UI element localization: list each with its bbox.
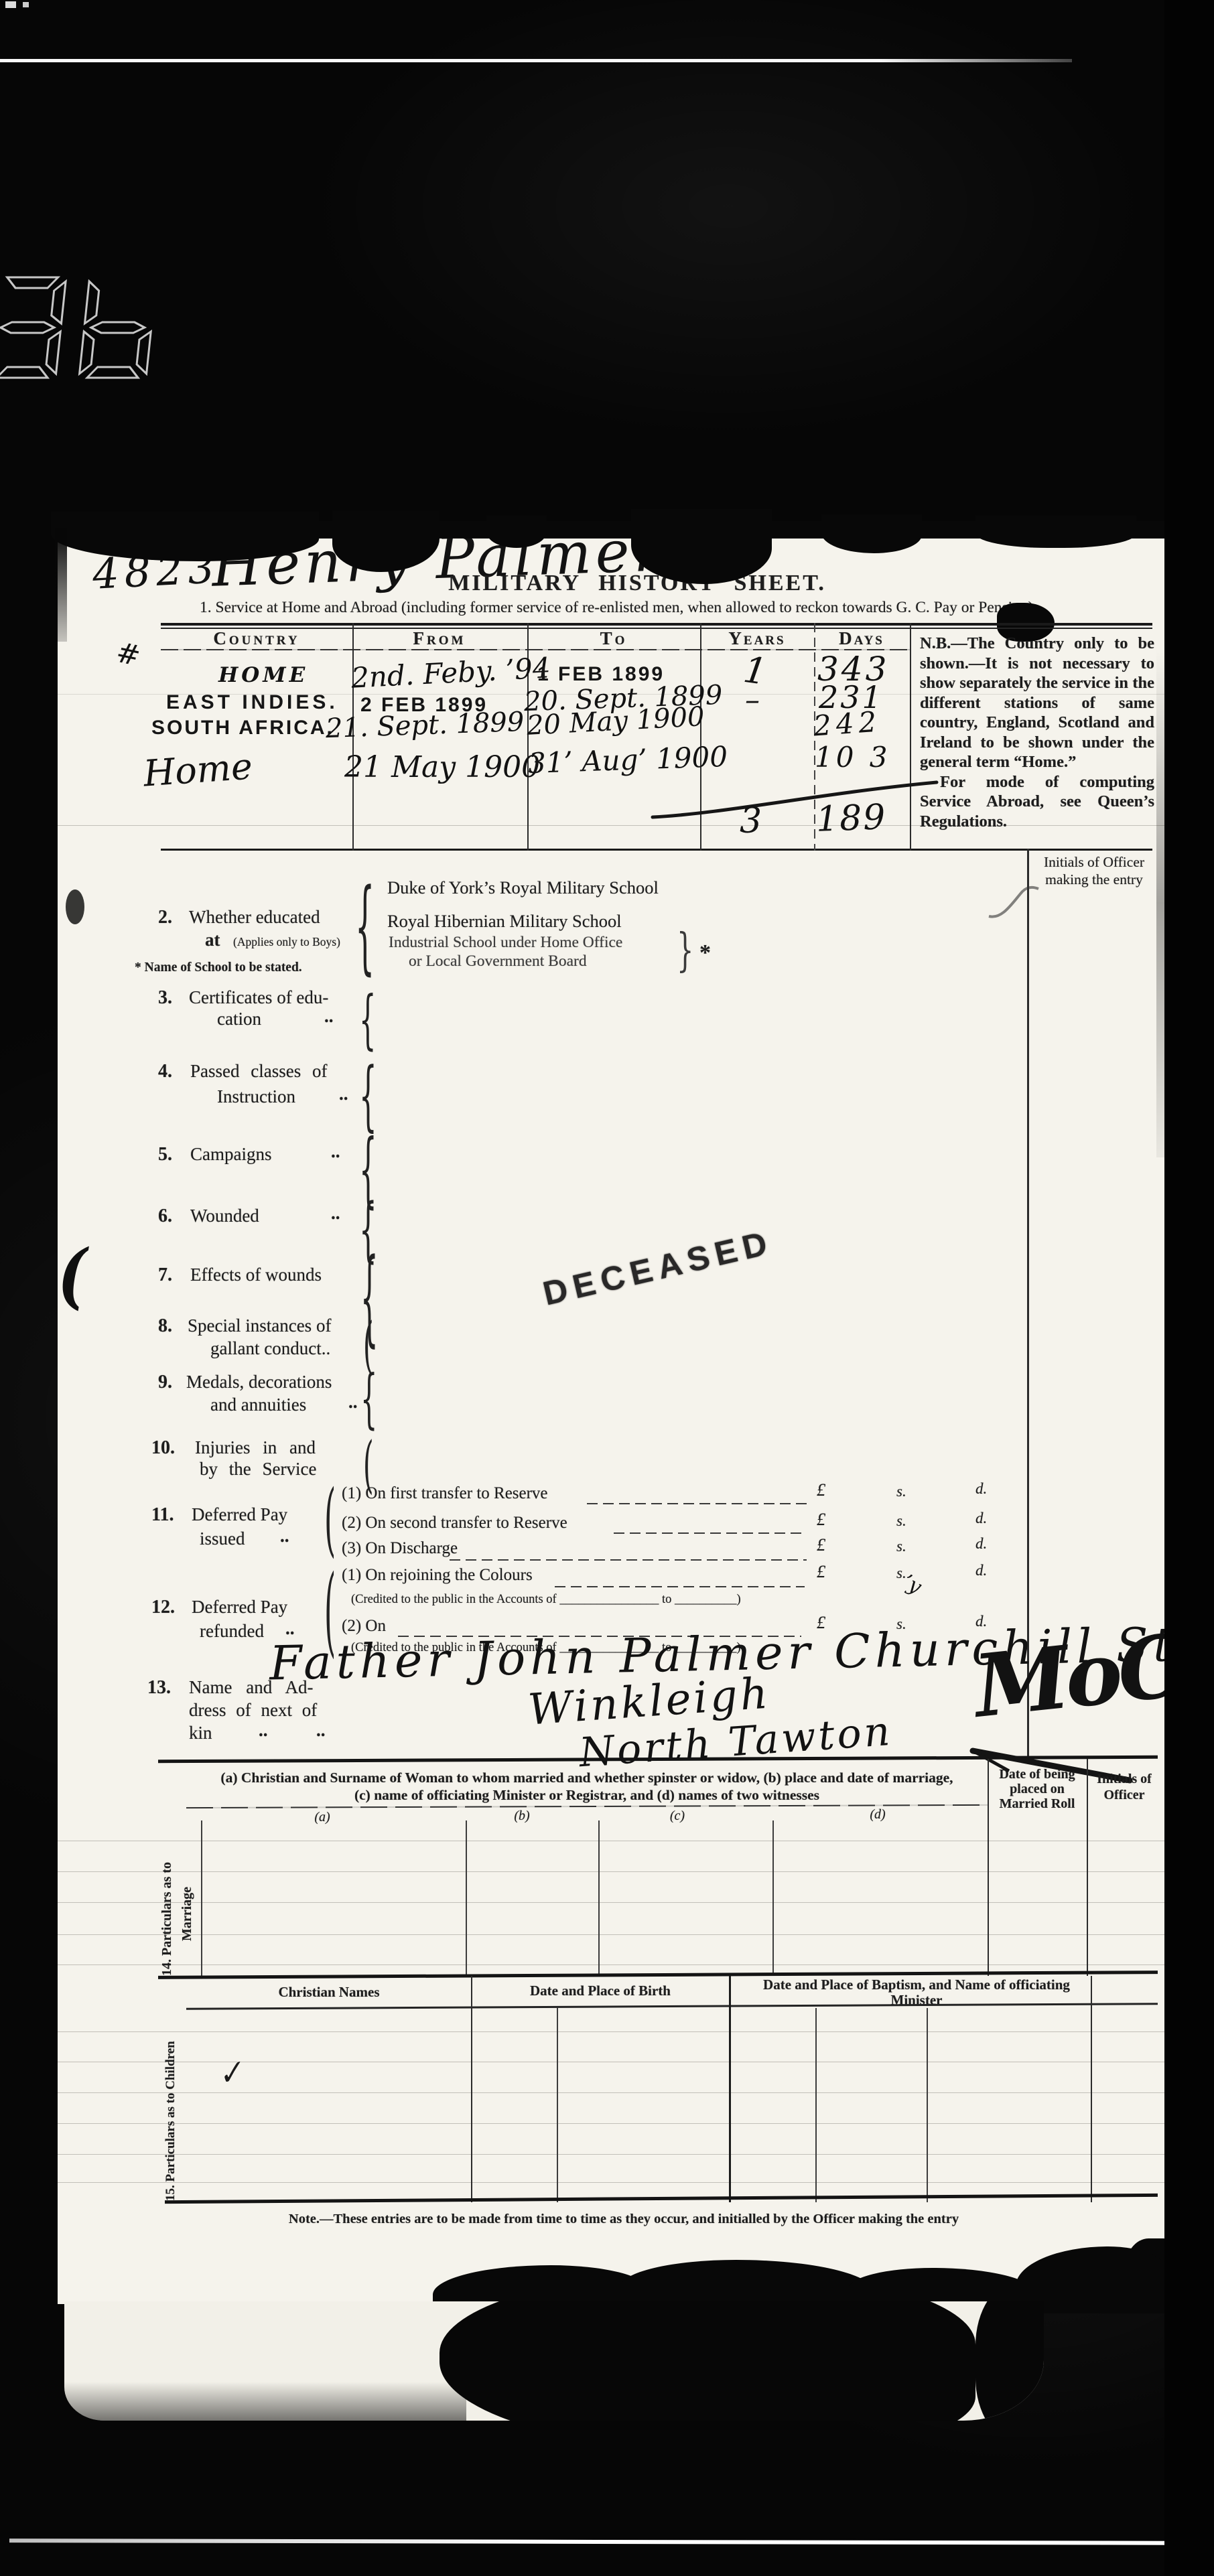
scan-ruling [58,2182,1164,2183]
brace-icon: { [360,1368,377,1432]
pen-checkmark: ✓ [213,2052,247,2094]
document-page: 4823 Henry Palmer MILITARY HISTORY SHEET… [58,528,1164,2304]
asterisk-mark: * [699,940,711,966]
col-header-days: Days [821,628,902,649]
table-border [466,1820,467,1976]
item13-dots: .. [259,1720,268,1741]
edge-blot [486,516,547,548]
children-col1-header: Christian Names [228,1984,429,2001]
film-scratch-line-top [0,59,1072,62]
item11-no: 11. [151,1504,174,1526]
marriage-side-label: 14. Particulars as to [159,1862,175,1976]
table-border [471,1976,472,2202]
marriage-side-label2: Marriage [180,1887,195,1941]
item11-dots: .. [280,1526,289,1547]
close-brace-icon: } [677,928,693,974]
table-border [557,2008,558,2202]
brace-icon: { [355,875,375,977]
film-scratch-line-bottom [9,2538,1214,2545]
scan-ruling [58,1934,1164,1935]
film-frame-counter: 3b [0,269,176,397]
table-row-from: 2nd. Feby. ’94 [350,651,551,695]
item2-no: 2. [158,907,172,928]
credited-note: (Credited to the public in the Accounts … [351,1593,741,1607]
paren-icon: ( [324,1482,336,1561]
table-border [927,2008,928,2202]
col-marker-d: (d) [863,1807,892,1822]
table-row-years: – [745,683,760,717]
item2-school: Royal Hibernian Military School [387,911,622,932]
scan-ruling [58,1902,1164,1903]
marriage-header-line2: (c) name of officiating Minister or Regi… [198,1787,975,1804]
scan-ruling [58,2154,1164,2155]
married-roll-header: Date of being placed on Married Roll [990,1767,1084,1811]
torn-edge-shadow [64,2382,466,2421]
table-border [201,1820,202,1976]
blank-line [614,1532,807,1534]
film-top-tick [23,2,29,7]
page-title: MILITARY HISTORY SHEET. [423,571,852,596]
item6-no: 6. [158,1206,172,1227]
item3-no: 3. [158,987,172,1009]
shillings-symbol: s. [896,1512,906,1530]
pence-symbol: d. [975,1510,987,1527]
item9-dots: .. [348,1392,358,1413]
col-marker-a: (a) [308,1810,337,1825]
pence-symbol: d. [975,1535,987,1553]
item12-label2: refunded [200,1621,264,1642]
col-header-years: Years [717,628,797,649]
item3-line2: cation [217,1009,261,1029]
marriage-initials-header: Initials of Officer [1091,1771,1158,1803]
deceased-stamp: DECEASED [517,1218,799,1319]
col-header-country: Country [190,628,324,649]
brace-icon: { [359,989,376,1053]
total-days: 189 [815,797,887,840]
footer-note: Note.—These entries are to be made from … [279,2212,969,2227]
table-border [161,623,1152,626]
item5-line1: Campaigns [190,1144,272,1165]
item7-line1: Effects of wounds [190,1265,322,1285]
item2-school: Industrial School under Home Office [389,934,622,952]
col-marker-b: (b) [507,1808,537,1824]
table-border [598,1820,600,1976]
scan-ruling [58,2031,1164,2032]
pen-squiggle [982,879,1042,926]
children-col2-header: Date and Place of Birth [500,1983,701,1999]
seven-segment-counter-icon [0,269,176,397]
table-row-country: EAST INDIES. [166,691,338,714]
table-row-country: SOUTH AFRICA. [151,717,334,739]
item12-label1: Deferred Pay [192,1597,287,1618]
section-border [165,2194,1158,2204]
blank-line [555,1586,805,1587]
nb-note: N.B.—The Country only to be shown.—It is… [920,634,1154,831]
deferred-row: (2) On second transfer to Reserve [342,1514,567,1532]
total-separator-curve [647,774,942,822]
nb-note-para1: N.B.—The Country only to be shown.—It is… [920,634,1154,772]
nb-note-para2: For mode of computing Service Abroad, se… [920,772,1154,832]
item11-label1: Deferred Pay [192,1504,287,1525]
table-border [772,1820,774,1976]
scan-ruling [58,1964,1164,1965]
item2-school: or Local Government Board [409,952,587,971]
paper-edge-streak-left [55,528,67,642]
margin-pen-paren: ( [58,1234,87,1317]
service-heading: 1. Service at Home and Abroad (including… [200,599,1091,617]
edge-blot [975,516,1136,548]
table-row-days: 242 [812,705,882,743]
total-years: 3 [740,801,762,841]
table-border [161,649,911,650]
item11-label2: issued [200,1528,245,1549]
table-row-days: 10 3 [815,741,891,774]
deferred-row: (1) On rejoining the Colours [342,1566,533,1585]
item10-no: 10. [151,1437,175,1459]
table-border [988,1759,989,1976]
item5-dots: .. [331,1141,340,1162]
deferred-row: (3) On Discharge [342,1539,458,1558]
table-border [1087,1759,1088,1976]
item6-dots: .. [331,1203,340,1224]
item10-line2: by the Service [200,1459,316,1480]
pounds-symbol: £ [817,1510,825,1530]
col-header-from: From [373,628,507,649]
torn-edge-blob [975,2301,1044,2421]
item3-dots: .. [324,1006,334,1027]
col-header-to: To [547,628,681,649]
margin-pen-mark: # [113,636,143,672]
item7-no: 7. [158,1265,172,1286]
item8-line2: gallant conduct.. [210,1338,330,1359]
item5-no: 5. [158,1144,172,1165]
table-row-country: Home [142,745,254,794]
blank-line [587,1503,807,1504]
item13-line3: kin [189,1723,212,1743]
col-marker-c: (c) [663,1808,692,1824]
scan-ruling [58,1841,1164,1841]
deferred-row: (1) On first transfer to Reserve [342,1484,548,1503]
item12-no: 12. [151,1597,175,1618]
paper-bottom-extension [64,2301,1044,2421]
shillings-symbol: s. [896,1483,906,1500]
item9-line1: Medals, decorations [186,1372,332,1392]
edge-blot [821,514,922,553]
item13-dots2: .. [316,1720,326,1741]
table-row-country: HOME [218,663,308,687]
item2-line2: at [205,930,220,950]
table-row-from: 21. Sept. 1899 [325,707,525,744]
children-side-label: 15. Particulars as to Children [163,2041,178,2201]
item4-line1: Passed classes of [190,1061,327,1082]
table-border [815,2008,817,2202]
pounds-symbol: £ [817,1480,825,1500]
item2-line1: Whether educated [189,907,320,928]
table-border [1091,1976,1092,2202]
torn-edge-blob [440,2301,975,2421]
film-right-edge [1164,0,1214,2576]
item4-no: 4. [158,1061,172,1082]
scan-ruling [58,1871,1164,1872]
paper-edge-streak-right [1156,648,1164,1157]
officer-initials-monogram: MoC [969,1616,1187,1737]
pence-symbol: d. [975,1480,987,1498]
item9-line2: and annuities [210,1394,306,1415]
item8-no: 8. [158,1315,172,1337]
item4-dots: .. [339,1084,348,1104]
table-border [161,849,1152,851]
microfilm-frame: { "colors":{"film_bg":"#060606","paper":… [0,0,1214,2576]
item3-line1: Certificates of edu- [189,987,328,1008]
table-border [729,1976,731,2202]
pounds-symbol: £ [817,1562,825,1582]
item6-line1: Wounded [190,1206,259,1226]
deferred-row: (2) On [342,1617,386,1636]
item8-line1: Special instances of [188,1315,331,1336]
item13-no: 13. [147,1677,171,1699]
item2-caption: (Applies only to Boys) [233,935,340,949]
film-top-tick [5,1,16,8]
scan-ruling [58,2123,1164,2124]
item2-school: Duke of York’s Royal Military School [387,877,659,898]
initials-column-header: Initials of Officer making the entry [1030,853,1158,888]
margin-blotch [66,889,84,924]
pounds-symbol: £ [817,1535,825,1555]
shillings-symbol: s. [896,1538,906,1555]
table-row-from: 21 May 1900 [344,750,540,784]
blank-line [450,1559,807,1561]
item9-no: 9. [158,1372,172,1393]
item4-line2: Instruction [217,1086,295,1107]
item2-footnote: * Name of School to be stated. [135,960,302,975]
item13-line2: dress of next of [189,1700,317,1721]
marriage-header-line1: (a) Christian and Surname of Woman to wh… [198,1770,975,1786]
item10-line1: Injuries in and [195,1437,316,1458]
pence-symbol: d. [975,1562,987,1579]
